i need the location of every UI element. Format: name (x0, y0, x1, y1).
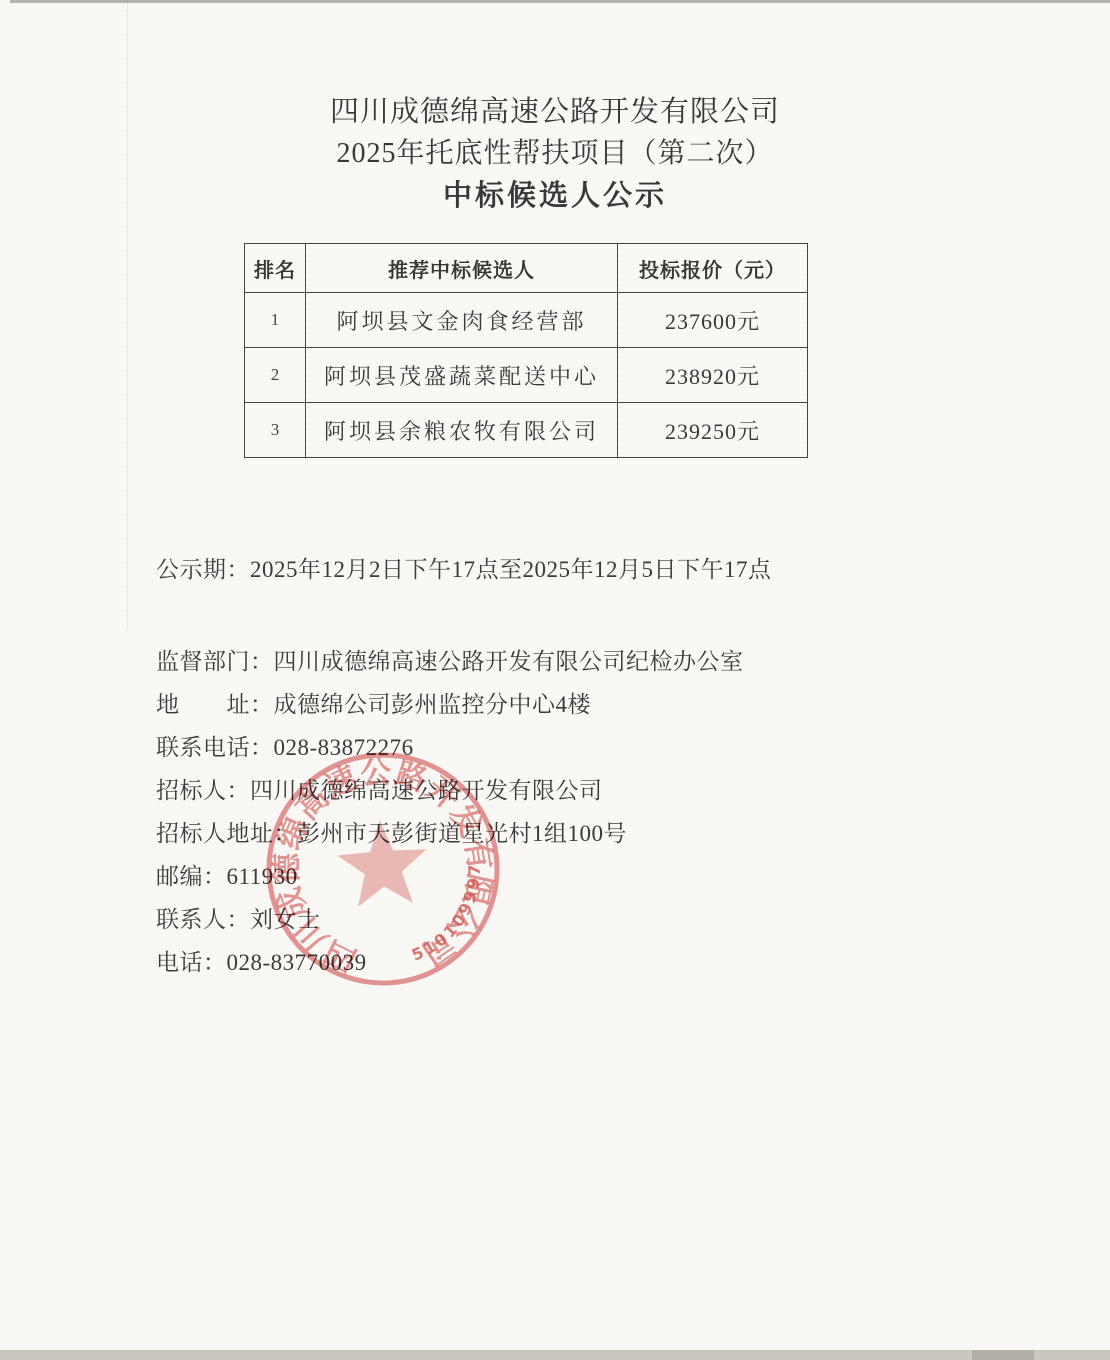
scan-edge-top (10, 0, 1110, 3)
table-header-row: 排名 推荐中标候选人 投标报价（元） (245, 244, 808, 293)
cell-rank: 1 (245, 293, 306, 348)
scanned-document-page: 四川成德绵高速公路开发有限公司 2025年托底性帮扶项目（第二次） 中标候选人公… (0, 0, 1110, 1360)
cell-candidate: 阿坝县文金肉食经营部 (306, 293, 618, 348)
bid-candidates-table: 排名 推荐中标候选人 投标报价（元） 1 阿坝县文金肉食经营部 237600元 … (244, 243, 808, 458)
table-row: 2 阿坝县茂盛蔬菜配送中心 238920元 (245, 348, 808, 403)
cell-candidate: 阿坝县余粮农牧有限公司 (306, 403, 618, 458)
cell-rank: 3 (245, 403, 306, 458)
cell-price: 237600元 (618, 293, 808, 348)
seal-star-icon (335, 817, 430, 908)
cell-candidate: 阿坝县茂盛蔬菜配送中心 (306, 348, 618, 403)
cell-price: 239250元 (618, 403, 808, 458)
document-title-block: 四川成德绵高速公路开发有限公司 2025年托底性帮扶项目（第二次） 中标候选人公… (0, 92, 1110, 218)
title-announcement-line: 中标候选人公示 (0, 175, 1110, 218)
scan-edge-bottom (0, 1350, 1110, 1360)
col-header-rank: 排名 (245, 244, 306, 293)
col-header-candidate: 推荐中标候选人 (306, 244, 618, 293)
supervision-dept-line: 监督部门：四川成德绵高速公路开发有限公司纪检办公室 (156, 640, 744, 683)
supervision-address-line: 地 址：成德绵公司彭州监控分中心4楼 (156, 683, 744, 726)
cell-price: 238920元 (618, 348, 808, 403)
publicity-period-line: 公示期：2025年12月2日下午17点至2025年12月5日下午17点 (156, 551, 772, 584)
cell-rank: 2 (245, 348, 306, 403)
company-seal-stamp: 四川成德绵高速公路开发有限公司 5101099972 (252, 738, 515, 1001)
table-row: 1 阿坝县文金肉食经营部 237600元 (245, 293, 808, 348)
scan-edge-bottom-mark (972, 1350, 1034, 1360)
table-row: 3 阿坝县余粮农牧有限公司 239250元 (245, 403, 808, 458)
title-project-line: 2025年托底性帮扶项目（第二次） (0, 132, 1110, 175)
title-company-line: 四川成德绵高速公路开发有限公司 (0, 92, 1110, 132)
col-header-price: 投标报价（元） (618, 244, 808, 293)
